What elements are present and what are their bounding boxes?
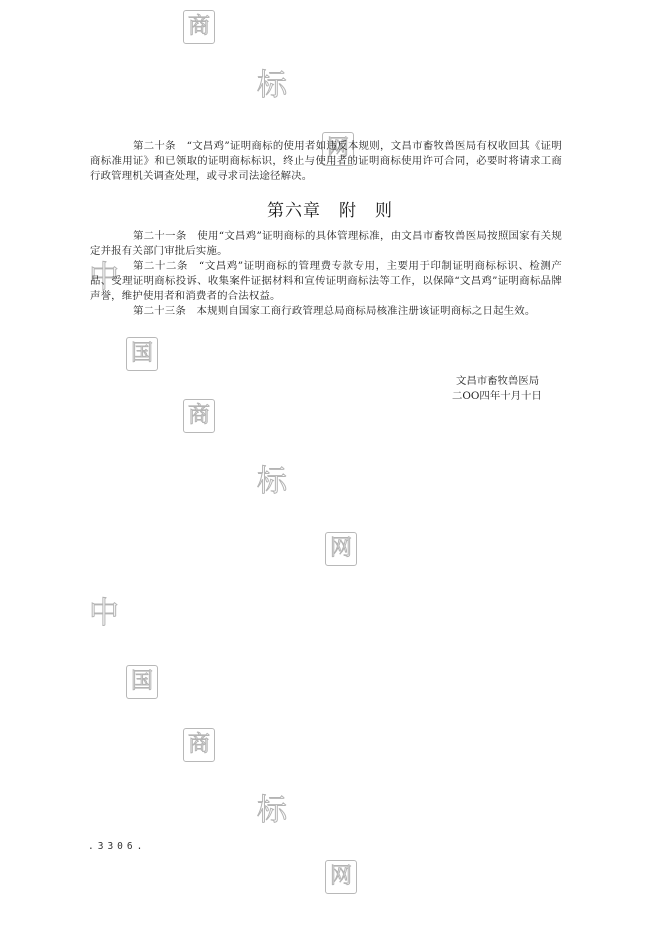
article-23: 第二十三条 本规则自国家工商行政管理总局商标局核准注册该证明商标之日起生效。	[90, 304, 562, 319]
chapter-6-body: 第二十一条 使用“文昌鸡”证明商标的具体管理标准，由文昌市畜牧兽医局按照国家有关…	[90, 229, 562, 319]
watermark-shang: 商	[183, 399, 215, 433]
article-21: 第二十一条 使用“文昌鸡”证明商标的具体管理标准，由文昌市畜牧兽医局按照国家有关…	[90, 229, 562, 259]
watermark-guo: 国	[126, 337, 158, 371]
article-20-block: 第二十条 “文昌鸡”证明商标的使用者如违反本规则，文昌市畜牧兽医局有权收回其《证…	[90, 139, 562, 184]
article-20: 第二十条 “文昌鸡”证明商标的使用者如违反本规则，文昌市畜牧兽医局有权收回其《证…	[90, 139, 562, 184]
signature-block: 文昌市畜牧兽医局 二OO四年十月十日	[452, 374, 542, 404]
watermark-biao: 标	[256, 70, 288, 102]
chapter-title: 第六章附 则	[0, 196, 660, 221]
article-22: 第二十二条 “文昌鸡”证明商标的管理费专款专用，主要用于印制证明商标标识、检测产…	[90, 259, 562, 304]
watermark-wang: 网	[325, 860, 357, 894]
watermark-zhong: 中	[88, 598, 120, 630]
watermark-biao: 标	[256, 466, 288, 498]
issue-date: 二OO四年十月十日	[452, 389, 542, 404]
chapter-number: 第六章	[267, 201, 321, 221]
document-page: 商 标 网 中 国 商 标 网 中 国 商 标 网 第二十条 “文昌鸡”证明商标…	[0, 0, 660, 943]
watermark-shang: 商	[183, 728, 215, 762]
watermark-guo: 国	[126, 665, 158, 699]
chapter-name: 附 则	[339, 201, 393, 221]
page-number: .3306.	[88, 841, 146, 852]
watermark-shang: 商	[183, 10, 215, 44]
issuer-name: 文昌市畜牧兽医局	[452, 374, 542, 389]
watermark-wang: 网	[325, 532, 357, 566]
watermark-biao: 标	[256, 795, 288, 827]
